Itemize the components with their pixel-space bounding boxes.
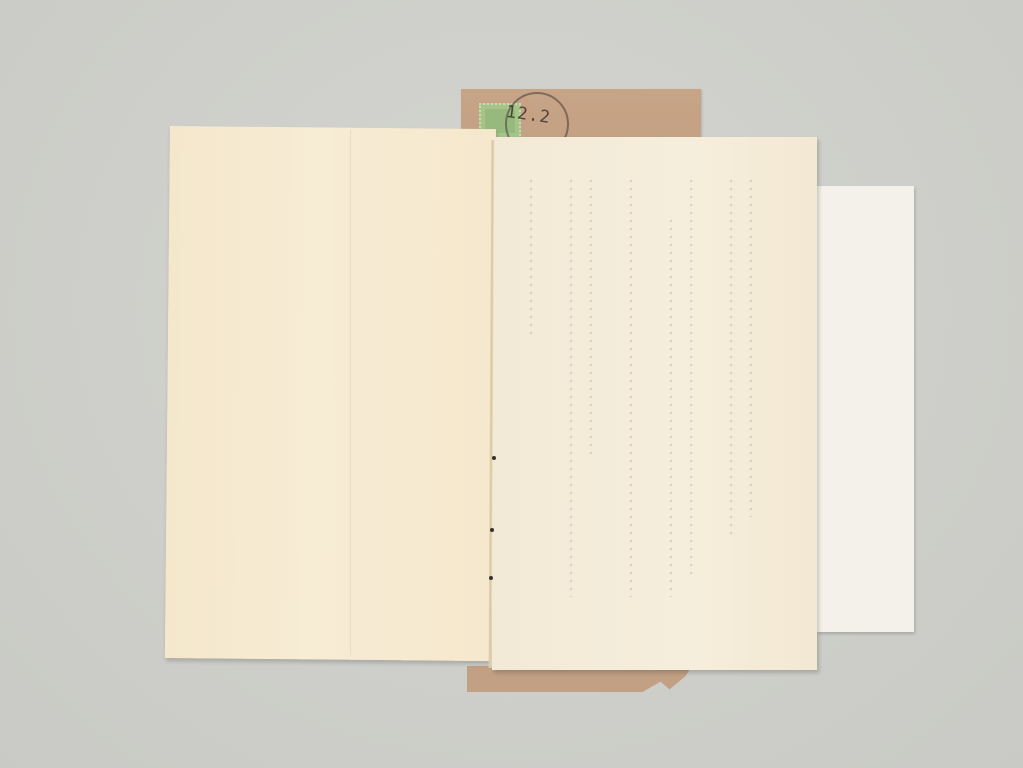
letter-crease [350, 130, 351, 655]
binding-hole [492, 456, 496, 460]
bleed-through-text [748, 177, 754, 517]
bleed-through-text [728, 177, 734, 537]
bleed-through-text [528, 177, 534, 337]
white-card [817, 186, 914, 632]
letter-left-page [165, 126, 496, 661]
binding-hole [490, 528, 494, 532]
bleed-through-text [588, 177, 594, 457]
letter-right-page [492, 137, 817, 670]
bleed-through-text [628, 177, 634, 597]
bleed-through-text [688, 177, 694, 577]
photo-background: 12.2 [0, 0, 1023, 768]
bleed-through-text [668, 217, 674, 597]
binding-hole [489, 576, 493, 580]
bleed-through-text [568, 177, 574, 597]
